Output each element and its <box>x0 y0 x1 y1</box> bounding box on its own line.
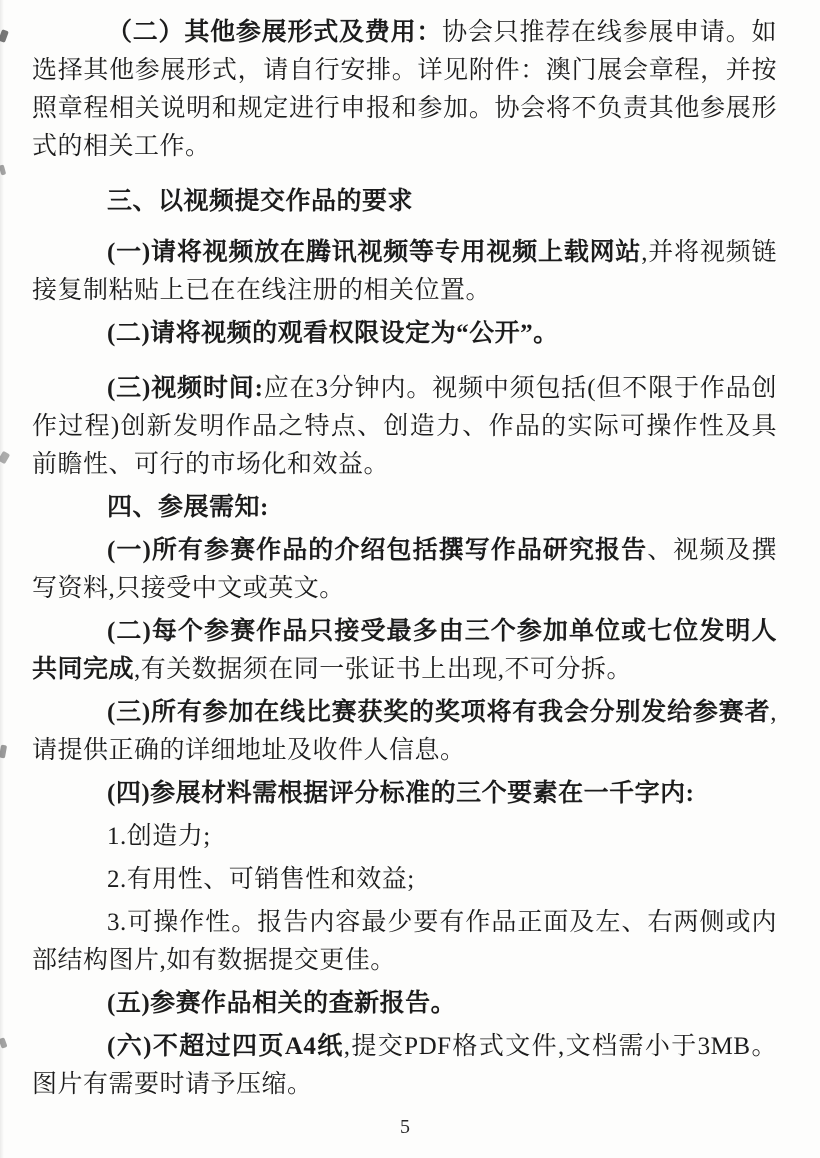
para-pdf-size-limit: (六)不超过四页A4纸,提交PDF格式文件,文档需小于3MB。图片有需要时请予压… <box>32 1028 777 1104</box>
bold-text-run: （二）其他参展形式及费用： <box>107 19 442 46</box>
bold-text-run: (二)请将视频的观看权限设定为“公开”。 <box>107 320 559 347</box>
text-run: 3.可操作性。报告内容最少要有作品正面及左、右两侧或内部结构图片,如有数据提交更… <box>32 909 777 974</box>
text-run: 1.创造力; <box>107 823 211 850</box>
bold-text-run: (三)所有参加在线比赛获奖的奖项将有我会分别发给参赛者 <box>107 699 770 726</box>
para-intro-language: (一)所有参赛作品的介绍包括撰写作品研究报告、视频及撰写资料,只接受中文或英文。 <box>32 532 777 608</box>
para-video-duration: (三)视频时间:应在3分钟内。视频中须包括(但不限于作品创作过程)创新发明作品之… <box>32 370 777 484</box>
text-run: ,有关数据须在同一张证书上出现,不可分拆。 <box>134 656 632 683</box>
heading-section-4-exhibit-notes: 四、参展需知: <box>32 489 777 527</box>
bold-text-run: (一)请将视频放在腾讯视频等专用视频上载网站 <box>107 239 641 266</box>
para-max-units-inventors: (二)每个参赛作品只接受最多由三个参加单位或七位发明人共同完成,有关数据须在同一… <box>32 613 777 689</box>
list-item-operability: 3.可操作性。报告内容最少要有作品正面及左、右两侧或内部结构图片,如有数据提交更… <box>32 904 777 980</box>
para-materials-criteria: (四)参展材料需根据评分标准的三个要素在一千字内: <box>32 775 777 813</box>
scanned-document-page: { "document": { "page_number": "5", "par… <box>0 0 820 1158</box>
para-video-upload-site: (一)请将视频放在腾讯视频等专用视频上载网站,并将视频链接复制粘贴上已在在线注册… <box>32 234 777 310</box>
bold-text-run: (五)参赛作品相关的查新报告。 <box>107 990 456 1017</box>
heading-section-3-video-requirements: 三、以视频提交作品的要求 <box>32 183 777 221</box>
document-body: （二）其他参展形式及费用：协会只推荐在线参展申请。如选择其他参展形式，请自行安排… <box>0 0 807 1104</box>
para-video-permission-public: (二)请将视频的观看权限设定为“公开”。 <box>32 315 777 353</box>
para-awards-mailing: (三)所有参加在线比赛获奖的奖项将有我会分别发给参赛者,请提供正确的详细地址及收… <box>32 694 777 770</box>
bold-text-run: 三、以视频提交作品的要求 <box>107 188 413 215</box>
page-number: 5 <box>0 1115 810 1139</box>
bold-text-run: (一)所有参赛作品的介绍包括撰写作品研究报告 <box>107 537 647 564</box>
para-novelty-report: (五)参赛作品相关的查新报告。 <box>32 985 777 1023</box>
para-other-exhibit-forms-fees: （二）其他参展形式及费用：协会只推荐在线参展申请。如选择其他参展形式，请自行安排… <box>32 14 777 166</box>
bold-text-run: (四)参展材料需根据评分标准的三个要素在一千字内: <box>107 780 694 807</box>
bold-text-run: (六)不超过四页A4纸 <box>107 1033 344 1060</box>
text-run: 2.有用性、可销售性和效益; <box>107 866 415 893</box>
list-item-creativity: 1.创造力; <box>32 818 777 856</box>
bold-text-run: (三)视频时间: <box>107 375 263 402</box>
bold-text-run: 四、参展需知: <box>107 494 269 521</box>
list-item-usefulness: 2.有用性、可销售性和效益; <box>32 861 777 899</box>
